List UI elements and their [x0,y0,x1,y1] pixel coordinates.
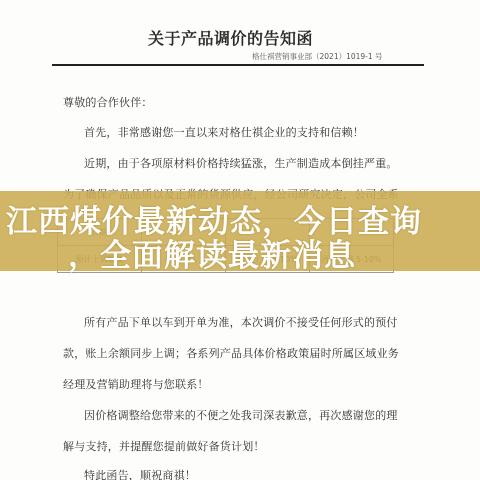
paragraph-line: 近期，由于各项原材料价格持续猛涨，生产制造成本倒挂严重。 [84,155,398,171]
document-title: 关于产品调价的告知函 [148,26,313,49]
paragraph-line: 首先，非常感谢您一直以来对格仕祺企业的支持和信赖！ [84,124,364,140]
salutation: 尊敬的合作伙伴： [63,94,153,110]
banner-headline-line-2: ，全面解读最新消息 [68,230,356,275]
paragraph-line: 解与支持，并提醒您提前做好备货计划！ [63,438,265,454]
title-divider [52,64,424,66]
paragraph-line: 经理及营销助理将与您联系！ [63,376,209,392]
paragraph-line: 款，账上余额同步上调；各系列产品具体价格政策届时所属区域业务 [63,345,399,361]
document-number: 格仕祺营销事业部（2021）1019-1 号 [252,51,383,62]
closing-line: 特此函告，顺祝商祺！ [84,467,196,480]
paragraph-line: 所有产品下单以车到开单为准，本次调价不接受任何形式的预付 [84,314,398,330]
paragraph-line: 因价格调整给您带来的不便之处我司深表歉意，再次感谢您的理 [84,407,398,423]
